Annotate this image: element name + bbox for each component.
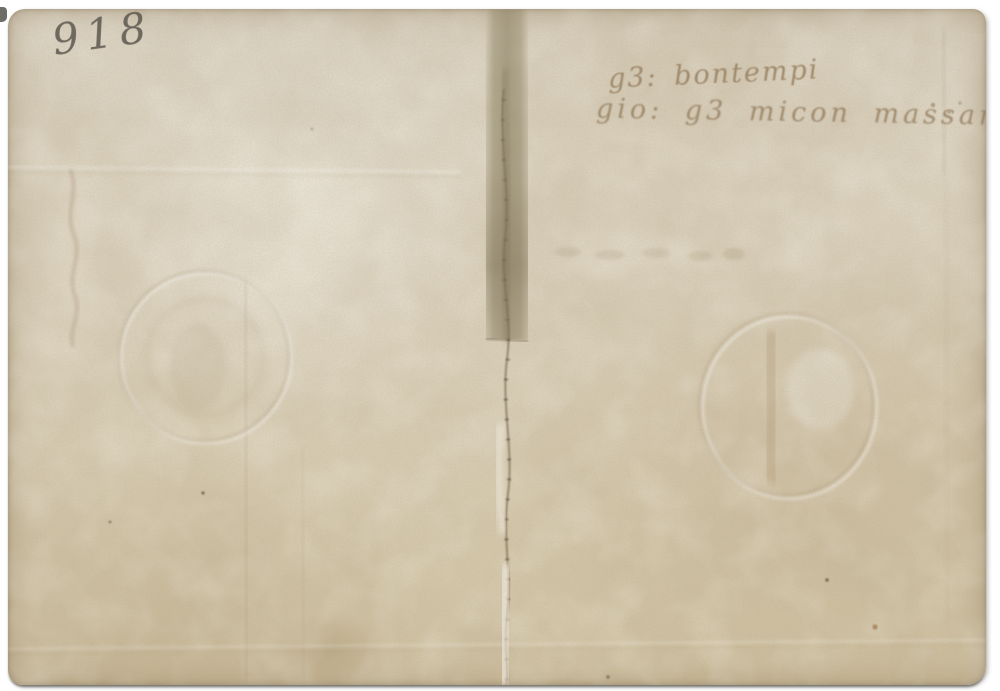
aged-paper-verso: 918 g3: bontempi gio: g3 micon massar bbox=[8, 9, 986, 685]
scanned-document: 918 g3: bontempi gio: g3 micon massar bbox=[0, 0, 1000, 691]
paper-grain-texture bbox=[8, 9, 986, 685]
scanner-edge-mark bbox=[0, 7, 7, 22]
paper-detail-layer bbox=[8, 9, 986, 685]
